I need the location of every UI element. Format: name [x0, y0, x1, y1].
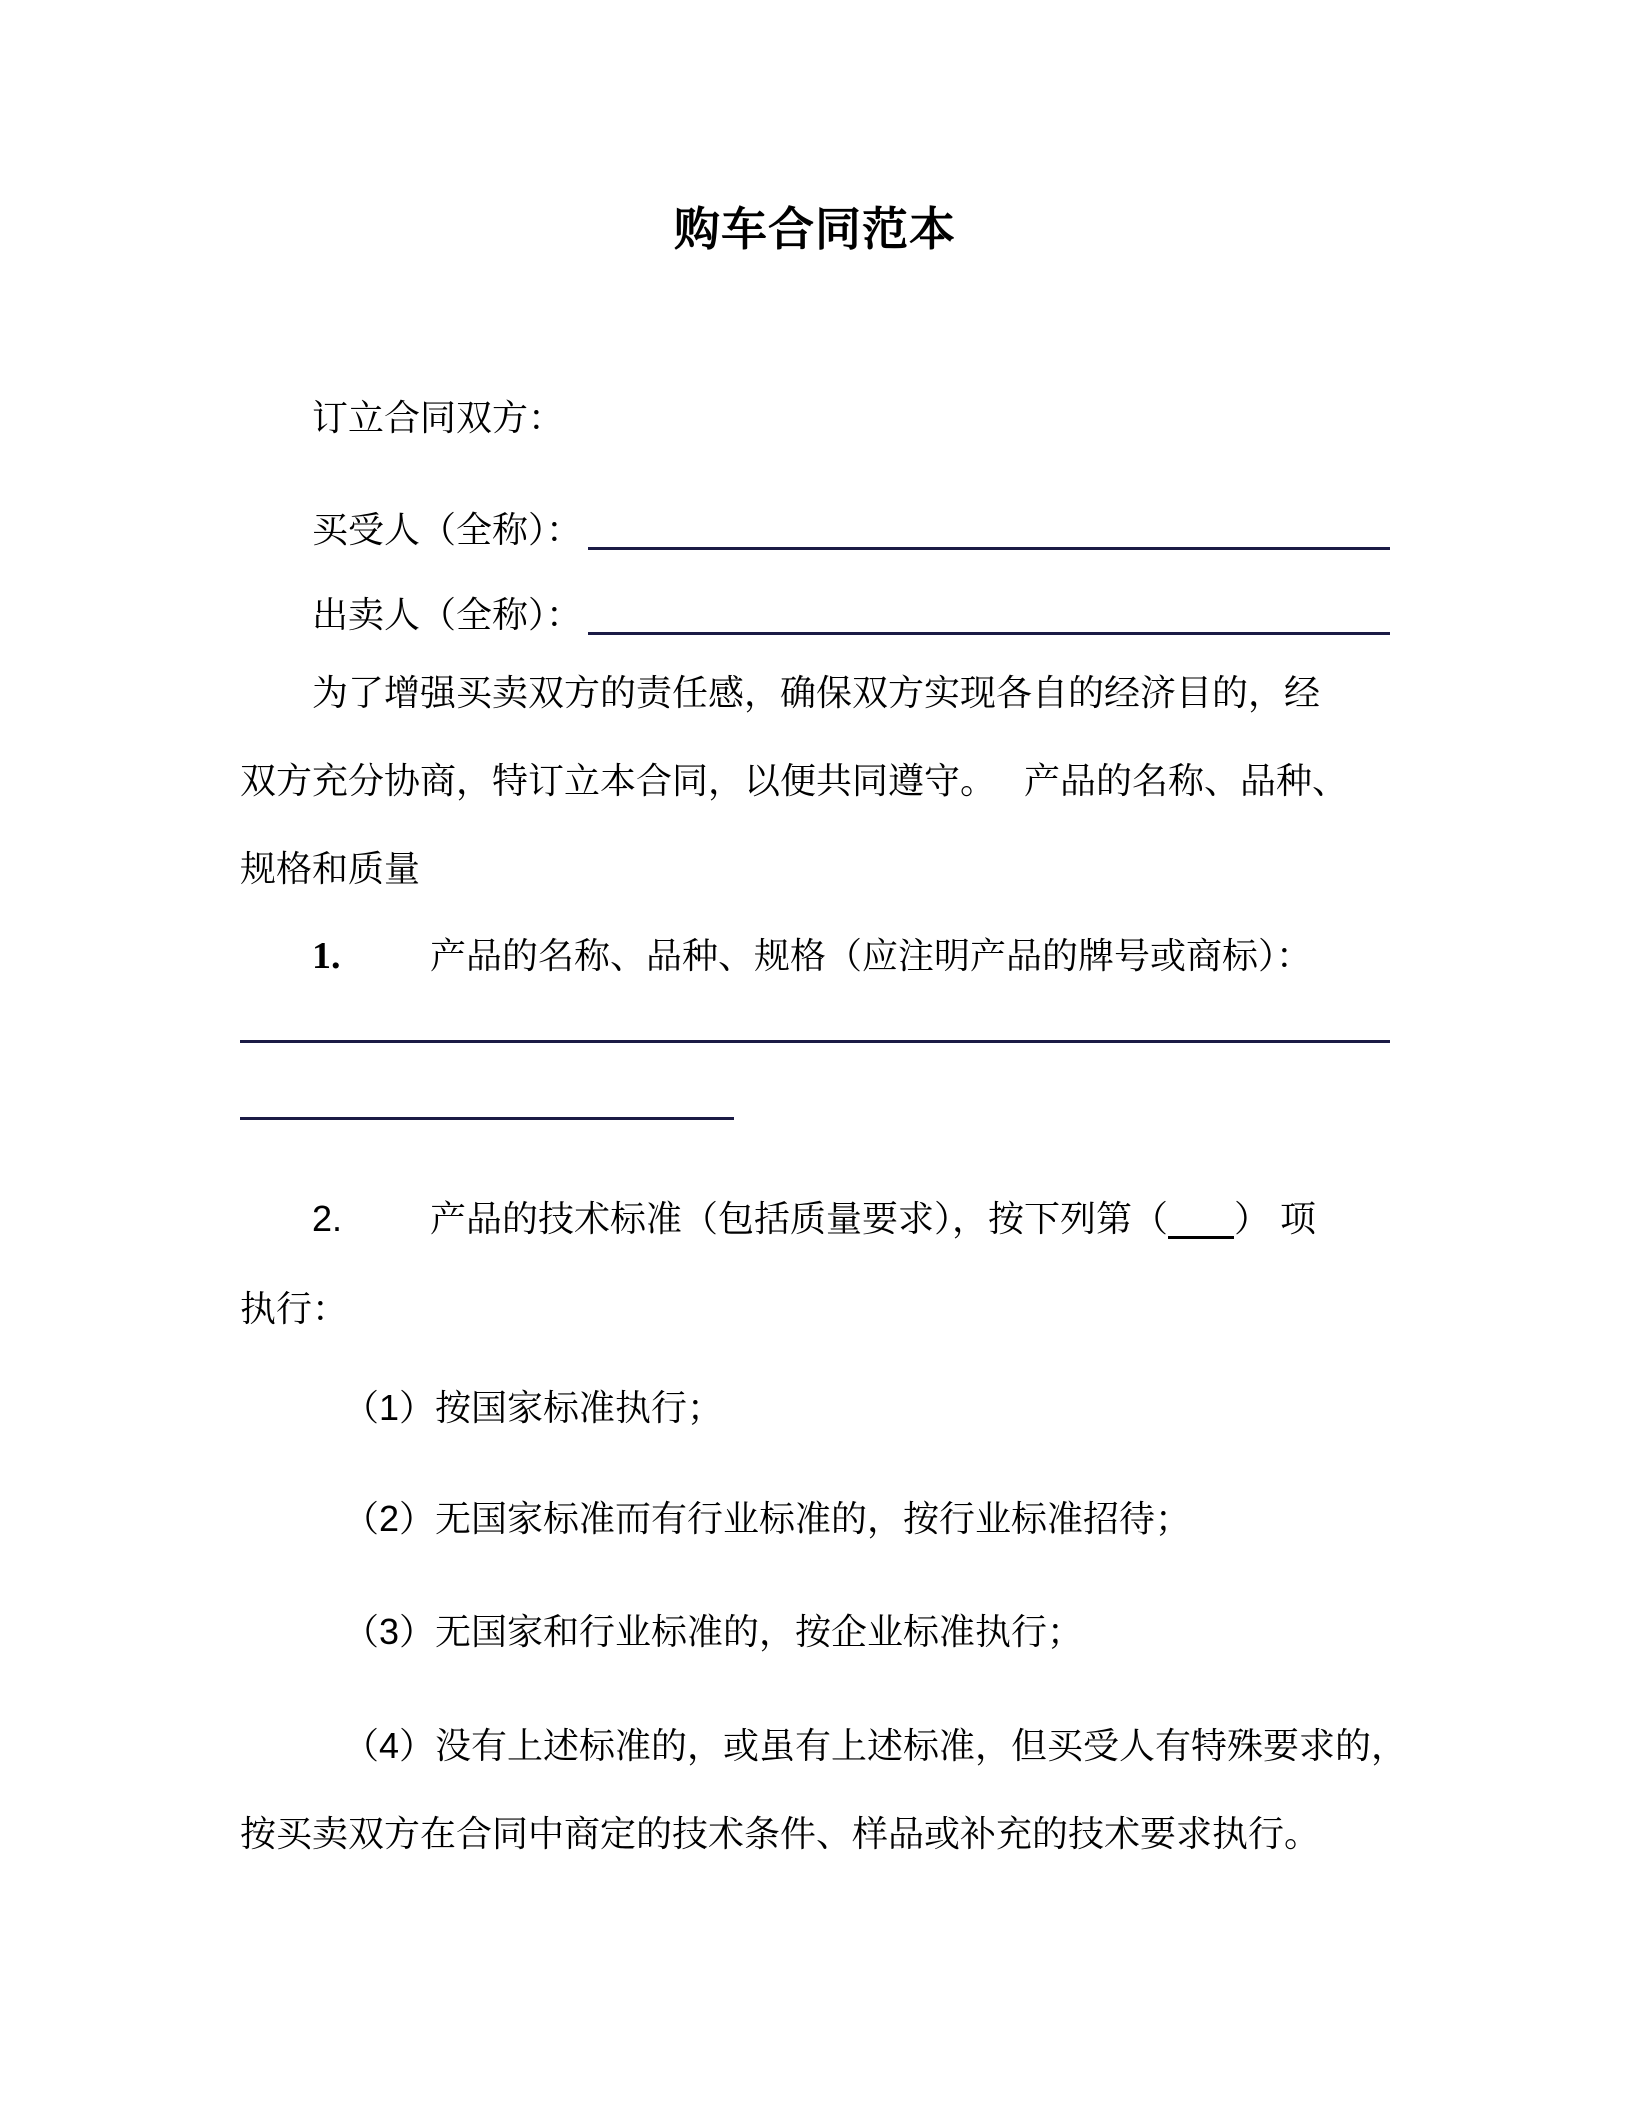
clause-1: 1.产品的名称、品种、规格（应注明产品的牌号或商标）： [240, 931, 1390, 981]
clause-2-text-after-blank: ） 项 [1234, 1198, 1316, 1239]
preamble-paragraph: 为了增强买卖双方的责任感，确保双方实现各自的经济目的，经 双方充分协商，特订立本… [240, 649, 1390, 913]
option-1-text: 按国家标准执行； [435, 1387, 723, 1428]
option-4-line-2: 按买卖双方在合同中商定的技术条件、样品或补充的技术要求执行。 [240, 1790, 1390, 1878]
clause-1-text: 产品的名称、品种、规格（应注明产品的牌号或商标）： [430, 935, 1312, 976]
document-title: 购车合同范本 [240, 198, 1390, 260]
seller-row: 出卖人（全称）： [240, 590, 1390, 640]
clause-1-fill-line-full [240, 981, 1390, 1043]
clause-1-number: 1. [312, 931, 430, 981]
option-1-marker: （1） [343, 1387, 435, 1428]
preamble-line-1: 为了增强买卖双方的责任感，确保双方实现各自的经济目的，经 [240, 649, 1390, 737]
buyer-label: 买受人（全称）： [312, 505, 582, 555]
contract-document-page: 购车合同范本 订立合同双方： 买受人（全称）： 出卖人（全称）： 为了增强买卖双… [0, 0, 1632, 2112]
parties-heading: 订立合同双方： [240, 393, 1390, 443]
option-3-marker: （3） [343, 1611, 435, 1652]
preamble-line-2: 双方充分协商，特订立本合同，以便共同遵守。 产品的名称、品种、 [240, 737, 1390, 825]
clause-1-fill-line-partial [240, 1043, 734, 1120]
option-4-text: 没有上述标准的，或虽有上述标准，但买受人有特殊要求的， [435, 1725, 1407, 1766]
clause-2-inline-blank [1168, 1196, 1234, 1239]
option-4: （4）没有上述标准的，或虽有上述标准，但买受人有特殊要求的， 按买卖双方在合同中… [240, 1702, 1390, 1878]
clause-2-line-1: 2.产品的技术标准（包括质量要求），按下列第（） 项 [240, 1174, 1390, 1264]
option-3-text: 无国家和行业标准的，按企业标准执行； [435, 1611, 1083, 1652]
option-2: （2）无国家标准而有行业标准的，按行业标准招待； [240, 1494, 1390, 1544]
option-1: （1）按国家标准执行； [240, 1383, 1390, 1433]
clause-2-text-before-blank: 产品的技术标准（包括质量要求），按下列第（ [430, 1198, 1168, 1239]
seller-blank-line [588, 590, 1390, 635]
option-4-marker: （4） [343, 1725, 435, 1766]
option-2-text: 无国家标准而有行业标准的，按行业标准招待； [435, 1498, 1191, 1539]
clause-2-number: 2. [312, 1174, 430, 1264]
seller-label: 出卖人（全称）： [312, 590, 582, 640]
option-3: （3）无国家和行业标准的，按企业标准执行； [240, 1607, 1390, 1657]
clause-2: 2.产品的技术标准（包括质量要求），按下列第（） 项 执行： [240, 1174, 1390, 1354]
clause-2-line-2: 执行： [240, 1264, 1390, 1354]
buyer-blank-line [588, 505, 1390, 550]
buyer-row: 买受人（全称）： [240, 505, 1390, 555]
option-4-line-1: （4）没有上述标准的，或虽有上述标准，但买受人有特殊要求的， [240, 1702, 1390, 1790]
preamble-line-3: 规格和质量 [240, 825, 1390, 913]
option-2-marker: （2） [343, 1498, 435, 1539]
